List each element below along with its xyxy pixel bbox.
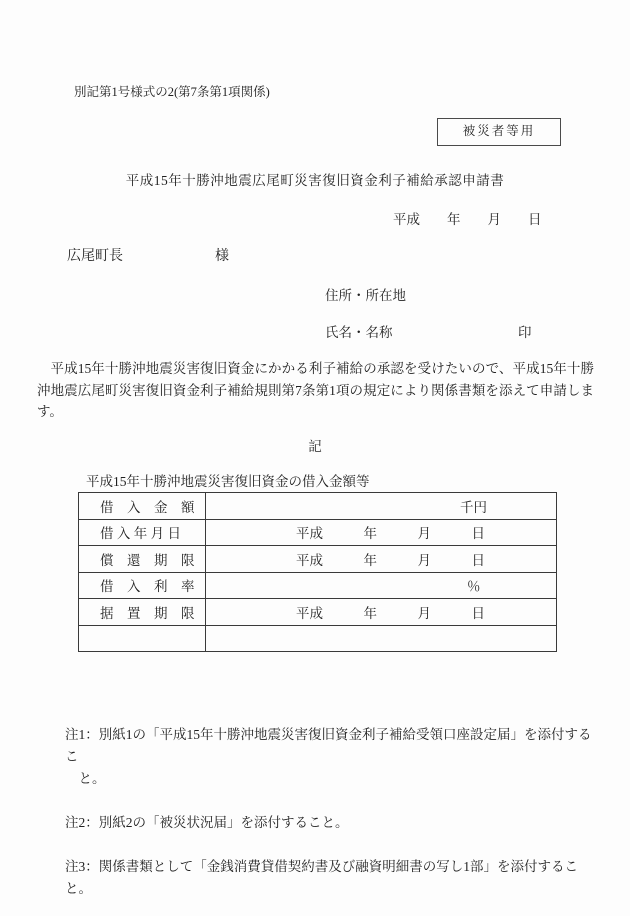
footnote-2: 注2：別紙2の「被災状況届」を添付すること。 [65, 812, 600, 834]
row-value: 平成 年 月 日 [206, 520, 556, 546]
usage-category-label: 被災者等用 [463, 121, 536, 143]
document-title: 平成15年十勝沖地震広尾町災害復旧資金利子補給承認申請書 [0, 170, 630, 192]
row-value [206, 626, 556, 652]
addressee-honorific: 様 [215, 246, 229, 268]
footnote-1: 注1：別紙1の「平成15年十勝沖地震災害復旧資金利子補給受領口座設定届」を添付す… [65, 724, 600, 790]
footnotes: 注1：別紙1の「平成15年十勝沖地震災害復旧資金利子補給受領口座設定届」を添付す… [65, 702, 600, 916]
row-label: 借 入 金 額 [79, 493, 206, 519]
usage-category-box: 被災者等用 [437, 118, 561, 146]
application-date-line: 平成 年 月 日 [393, 209, 542, 231]
body-paragraph: 平成15年十勝沖地震災害復旧資金にかかる利子補給の承認を受けたいので、平成15年… [37, 358, 594, 423]
application-form-page: 別記第1号様式の2(第7条第1項関係) 被災者等用 平成15年十勝沖地震広尾町災… [0, 0, 630, 916]
row-value: 平成 年 月 日 [206, 599, 556, 625]
table-row-deferment-period: 据 置 期 限 平成 年 月 日 [79, 598, 556, 625]
table-row-loan-date: 借 入 年 月 日 平成 年 月 日 [79, 519, 556, 546]
table-row-empty [79, 625, 556, 652]
row-label: 償 還 期 限 [79, 546, 206, 572]
loan-details-table: 借 入 金 額 千円 借 入 年 月 日 平成 年 月 日 償 還 期 限 平成… [78, 492, 557, 652]
seal-mark: 印 [518, 322, 532, 344]
row-label: 借 入 利 率 [79, 573, 206, 599]
footnote-3: 注3：関係書類として「金銭消費貸借契約書及び融資明細書の写し1部」を添付すること… [65, 856, 600, 900]
table-row-interest-rate: 借 入 利 率 ％ [79, 572, 556, 599]
loan-table-caption: 平成15年十勝沖地震災害復旧資金の借入金額等 [86, 471, 370, 493]
record-marker: 記 [0, 436, 630, 458]
row-value: 千円 [206, 493, 556, 519]
row-label: 据 置 期 限 [79, 599, 206, 625]
table-row-loan-amount: 借 入 金 額 千円 [79, 493, 556, 519]
row-label [79, 626, 206, 652]
table-row-repayment-deadline: 償 還 期 限 平成 年 月 日 [79, 545, 556, 572]
row-label: 借 入 年 月 日 [79, 520, 206, 546]
form-style-number: 別記第1号様式の2(第7条第1項関係) [74, 82, 270, 104]
applicant-address-label: 住所・所在地 [325, 285, 406, 307]
addressee-mayor: 広尾町長 [67, 246, 123, 268]
row-value: 平成 年 月 日 [206, 546, 556, 572]
row-value: ％ [206, 573, 556, 599]
applicant-name-label: 氏名・名称 [325, 322, 393, 344]
